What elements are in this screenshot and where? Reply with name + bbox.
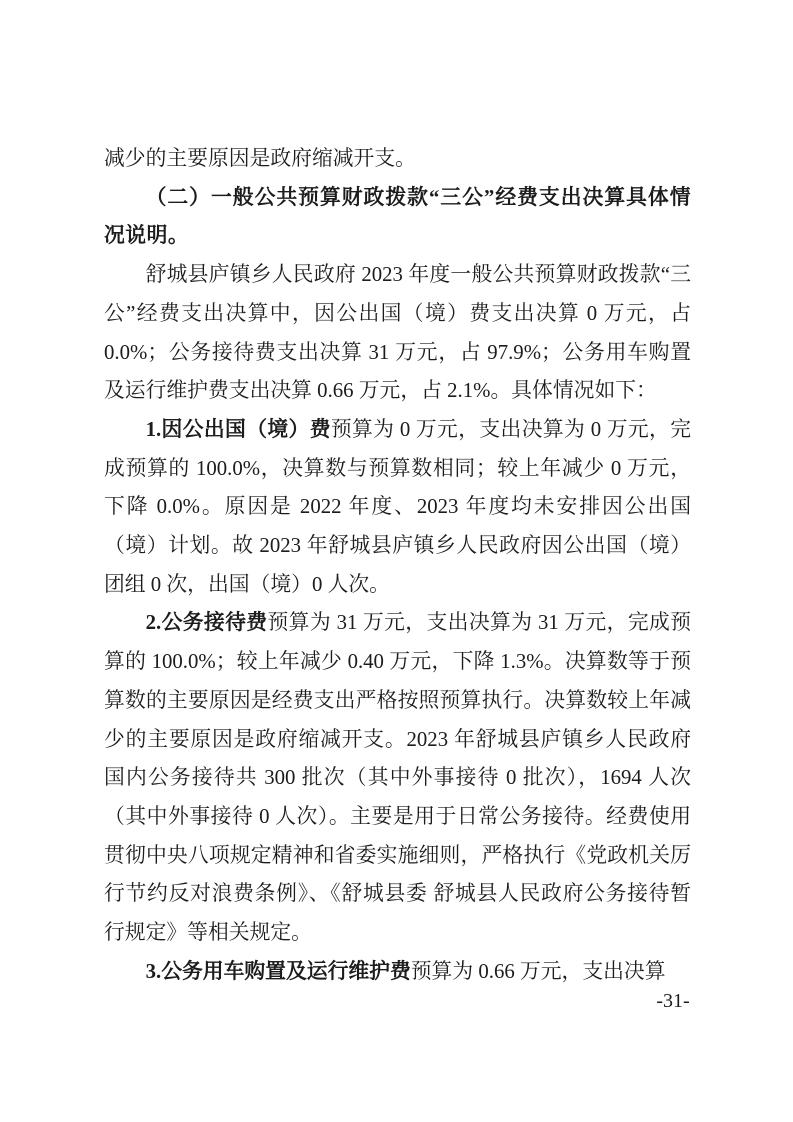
paragraph-text: 预算为 0 万元，支出决算为 0 万元，完成预算的 100.0%，决算数与预算数… [104,418,691,596]
paragraph-text: 预算为 31 万元，支出决算为 31 万元，完成预算的 100.0%；较上年减少… [104,611,691,944]
paragraph-text: 预算为 0.66 万元，支出决算 [411,960,666,983]
section-heading: （二）一般公共预算财政拨款“三公”经费支出决算具体情况说明。 [104,179,691,256]
page-number: -31- [645,988,701,1014]
document-body: 减少的主要原因是政府缩减开支。 （二）一般公共预算财政拨款“三公”经费支出决算具… [104,140,691,991]
paragraph-bold-lead: 3.公务用车购置及运行维护费 [146,960,411,983]
paragraph-text: 舒城县庐镇乡人民政府 2023 年度一般公共预算财政拨款“三公”经费支出决算中，… [104,263,691,402]
paragraph-item-2: 2.公务接待费预算为 31 万元，支出决算为 31 万元，完成预算的 100.0… [104,604,691,952]
paragraph-item-1: 1.因公出国（境）费预算为 0 万元，支出决算为 0 万元，完成预算的 100.… [104,411,691,605]
paragraph-overview: 舒城县庐镇乡人民政府 2023 年度一般公共预算财政拨款“三公”经费支出决算中，… [104,256,691,411]
document-page: 减少的主要原因是政府缩减开支。 （二）一般公共预算财政拨款“三公”经费支出决算具… [0,0,793,1122]
section-heading-text: （二）一般公共预算财政拨款“三公”经费支出决算具体情况说明。 [104,186,691,248]
paragraph-bold-lead: 1.因公出国（境）费 [146,418,331,441]
paragraph-text: 减少的主要原因是政府缩减开支。 [104,147,416,170]
paragraph-bold-lead: 2.公务接待费 [146,611,268,634]
paragraph-item-3: 3.公务用车购置及运行维护费预算为 0.66 万元，支出决算 [104,953,691,992]
paragraph-continuation: 减少的主要原因是政府缩减开支。 [104,140,691,179]
